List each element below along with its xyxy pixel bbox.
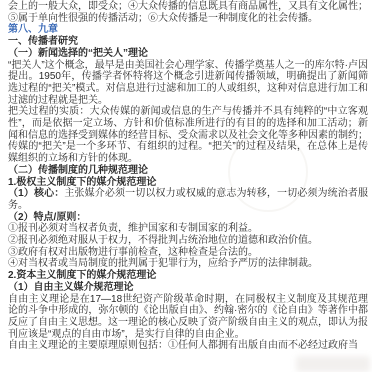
- feature-item-2: ②报刊必须绝对服从于权力，不得批判占统治地位的道德和政治价值。: [8, 235, 368, 247]
- chapter-heading: 第八、九章: [8, 24, 368, 36]
- heading-authoritarian-theory: 1.极权主义制度下的媒介规范理论: [8, 177, 368, 189]
- document-page: 会上的一般大众，即受众；④大众传播的信息既具有商品属性，又具有文化属性；⑤属于单…: [0, 0, 372, 372]
- paragraph-gatekeeper-concept: “把关人”这个概念，最早是由美国社会心理学家、传播学奠基人之一的库尔特·卢因提出…: [8, 60, 368, 107]
- paragraph-liberal-principles: 自由主义理论的主要原理原则包括：①任何人都拥有出版自由而不必经过政府当: [8, 340, 368, 352]
- feature-item-3: ③政府有权对出版物进行事前检查，这种检查是合法的。: [8, 247, 368, 259]
- subsection-heading-norm-theories: （二）传播制度的几种规范理论: [8, 165, 368, 177]
- subsection-heading-gatekeeper-theory: （一）新闻选择的“把关人”理论: [8, 48, 368, 60]
- paragraph-core: （1）核心：主张媒介必须一切以权力或权威的意志为转移，一切必须为统治者服务。: [8, 188, 368, 211]
- paragraph-liberalism-origin: 自由主义理论是在17—18世纪资产阶级革命时期，在同极权主义制度及其规范理论的斗…: [8, 294, 368, 341]
- heading-capitalist-theory: 2.资本主义制度下的媒介规范理论: [8, 270, 368, 282]
- core-label: （1）核心：: [8, 188, 64, 199]
- continued-paragraph: 会上的一般大众，即受众；④大众传播的信息既具有商品属性，又具有文化属性；⑤属于单…: [8, 1, 368, 24]
- heading-liberal-theory: （1）自由主义媒介规范理论: [8, 282, 368, 294]
- watermark-corner-mark: [296, 356, 370, 372]
- paragraph-gatekeeping-essence: 把关过程的实质：大众传媒的新闻或信息的生产与传播并不具有纯粹的“中立客观性”，而…: [8, 106, 368, 165]
- features-label: （2）特点/原则：: [8, 212, 368, 224]
- section-heading-communicator-research: 一、传播者研究: [8, 36, 368, 48]
- feature-item-4: ④对当权者或当局制度的批判属于犯罪行为，应给予严厉的法律制裁。: [8, 258, 368, 270]
- feature-item-1: ①报刊必须对当权者负责，维护国家和专制国家的利益。: [8, 223, 368, 235]
